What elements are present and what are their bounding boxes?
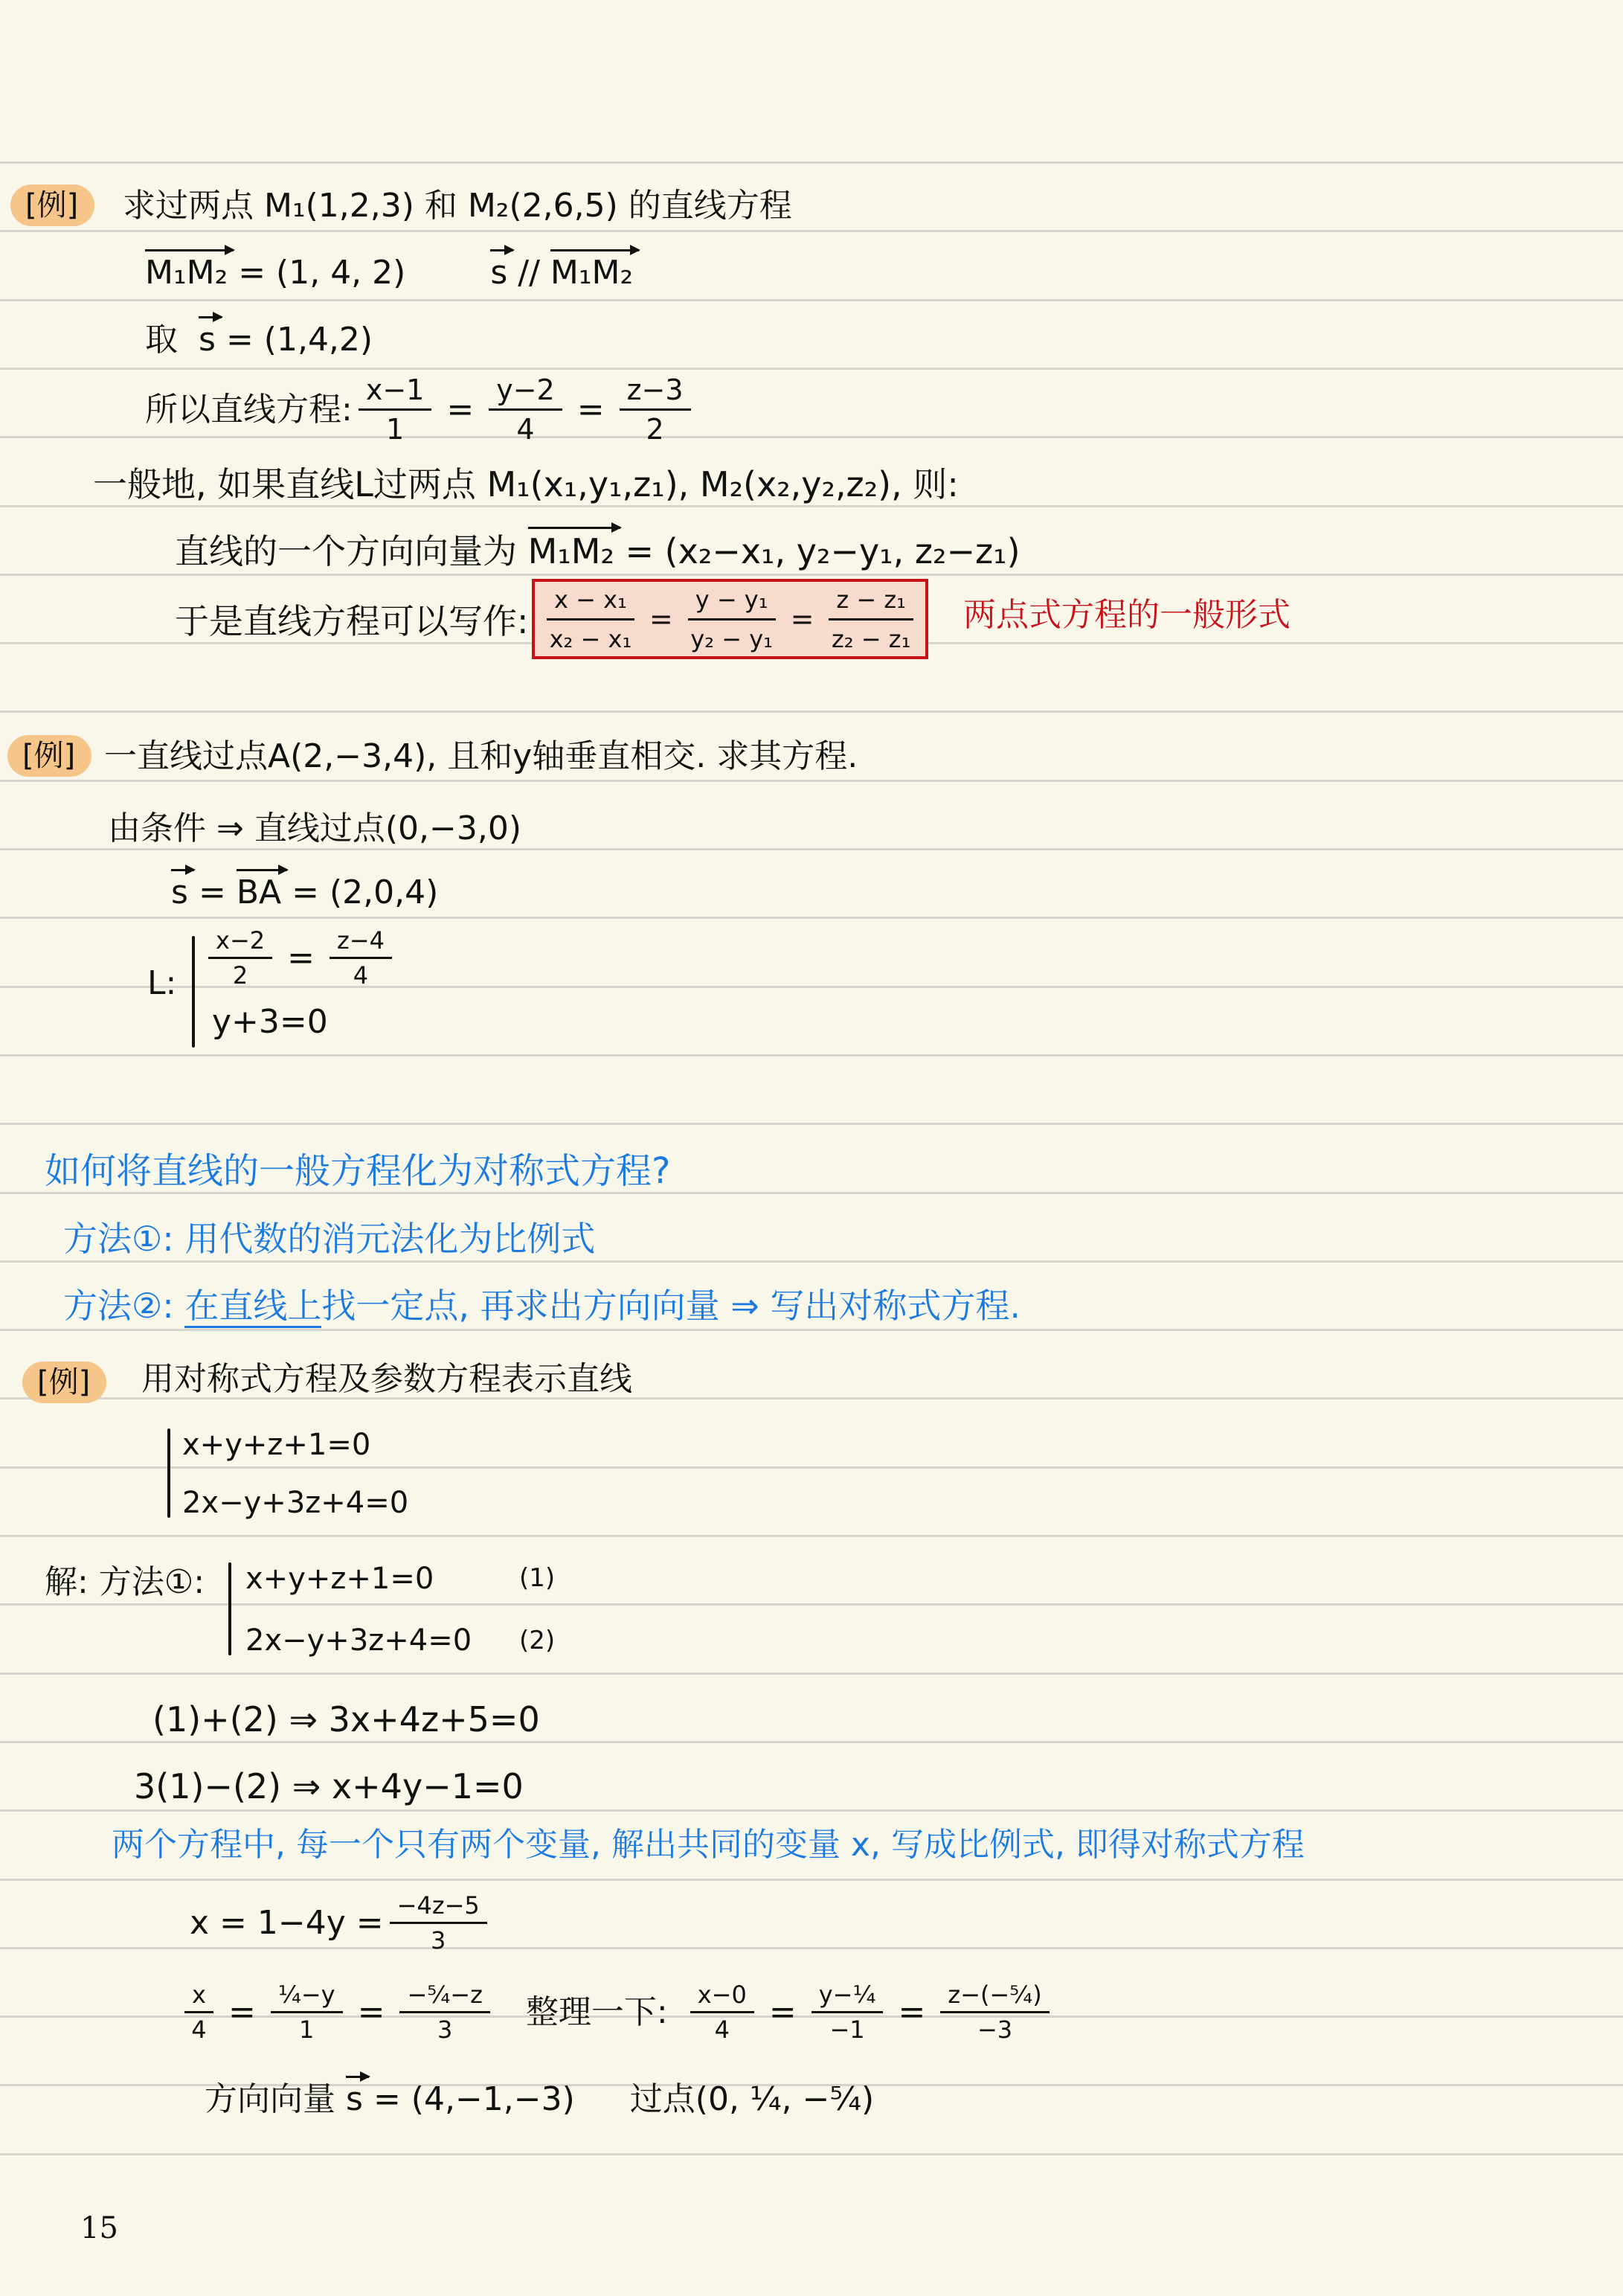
- fraction: x−11: [359, 376, 432, 443]
- ruled-line: [0, 1466, 1623, 1469]
- equation-label-2: (2): [519, 1628, 555, 1653]
- fraction: ¼−y1: [271, 1983, 343, 2042]
- system-line-1: x−22 = z−44: [202, 929, 398, 987]
- combination-2: 3(1)−(2) ⇒ x+4y−1=0: [134, 1769, 524, 1803]
- system-brace: [167, 1428, 170, 1518]
- direction-and-point: 方向向量 s = (4,−1,−3) 过点(0, ¼, −⁵⁄₄): [205, 2083, 874, 2116]
- ruled-line: [0, 1054, 1623, 1056]
- howto-question: 如何将直线的一般方程化为对称式方程?: [45, 1153, 670, 1189]
- solve-system-line-2: 2x−y+3z+4=0: [245, 1626, 472, 1655]
- ruled-line: [0, 2153, 1623, 2155]
- equals: =: [199, 873, 226, 911]
- page-number: 15: [80, 2211, 118, 2245]
- equals: =: [649, 603, 673, 635]
- fraction: x−22: [208, 929, 272, 987]
- example3-title: 用对称式方程及参数方程表示直线: [141, 1363, 632, 1396]
- ruled-line: [0, 1879, 1623, 1881]
- howto-method1: 方法①: 用代数的消元法化为比例式: [63, 1222, 595, 1256]
- equals: =: [287, 942, 315, 975]
- howto-method2: 方法②: 在直线上找一定点, 再求出方向向量 ⇒ 写出对称式方程.: [63, 1289, 1021, 1323]
- vector-m1m2: M₁M₂: [145, 257, 228, 289]
- ruled-line: [0, 1192, 1623, 1194]
- fraction: y − y₁y₂ − y₁: [688, 586, 776, 653]
- equals: =: [228, 1996, 256, 2029]
- ruled-line: [0, 1329, 1623, 1331]
- direction-label: 方向向量: [205, 2080, 335, 2118]
- fraction: −4z−53: [390, 1893, 487, 1952]
- vector-ba: BA: [237, 876, 281, 909]
- example1-step3: 所以直线方程: x−11 = y−24 = z−32: [145, 376, 697, 443]
- given-system-line-2: 2x−y+3z+4=0: [182, 1488, 408, 1518]
- ruled-line: [0, 1535, 1623, 1537]
- example1-title: 求过两点 M₁(1,2,3) 和 M₂(2,6,5) 的直线方程: [123, 190, 792, 222]
- equals: =: [769, 1996, 797, 2029]
- example2-title: 一直线过点A(2,−3,4), 且和y轴垂直相交. 求其方程.: [104, 740, 858, 773]
- example-tag: [例]: [7, 735, 91, 777]
- example2-step1: 由条件 ⇒ 直线过点(0,−3,0): [108, 812, 521, 845]
- ruled-line: [0, 1809, 1623, 1812]
- vector-value: = (1,4,2): [226, 321, 373, 359]
- fraction: z−32: [620, 376, 691, 443]
- example-tag: [例]: [10, 185, 94, 226]
- example1-step1: M₁M₂ = (1, 4, 2) s // M₁M₂: [145, 257, 633, 289]
- fraction: y−¼−1: [811, 1983, 884, 2042]
- method2-label: 方法②:: [63, 1286, 174, 1326]
- solve-system-line-1: x+y+z+1=0: [245, 1564, 434, 1594]
- ruled-line: [0, 1123, 1623, 1125]
- ruled-line: [0, 780, 1623, 782]
- x-expression: x = 1−4y = −4z−53: [190, 1893, 493, 1952]
- ruled-line: [0, 230, 1623, 232]
- vector-value: = (2,0,4): [292, 873, 438, 911]
- direction-value: = (x₂−x₁, y₂−y₁, z₂−z₁): [626, 531, 1021, 571]
- fraction: y−24: [489, 376, 562, 443]
- vector-m1m2: M₁M₂: [528, 534, 614, 568]
- equals: =: [446, 394, 474, 426]
- two-point-form-box: x − x₁x₂ − x₁ = y − y₁y₂ − y₁ = z − z₁z₂…: [532, 579, 928, 659]
- direction-vector-line: 直线的一个方向向量为 M₁M₂ = (x₂−x₁, y₂−y₁, z₂−z₁): [175, 534, 1021, 568]
- fraction: −⁵⁄₄−z3: [399, 1983, 489, 2042]
- general-intro: 一般地, 如果直线L过两点 M₁(x₁,y₁,z₁), M₂(x₂,y₂,z₂)…: [93, 467, 959, 501]
- x-expression-prefix: x = 1−4y =: [190, 1907, 384, 1940]
- vector-s: s: [171, 876, 188, 909]
- given-system-line-1: x+y+z+1=0: [182, 1430, 370, 1460]
- parallel-symbol: //: [518, 254, 540, 292]
- fraction: z−(−⁵⁄₄)−3: [940, 1983, 1049, 2042]
- ratio-equation: x4 = ¼−y1 = −⁵⁄₄−z3 整理一下: x−04 = y−¼−1 =…: [179, 1983, 1055, 2042]
- combination-1: (1)+(2) ⇒ 3x+4z+5=0: [152, 1702, 540, 1737]
- annotation-two-point-form: 两点式方程的一般形式: [963, 599, 1291, 632]
- example-tag: [例]: [22, 1362, 106, 1403]
- equals: =: [358, 1996, 385, 2029]
- solution-label: 解: 方法①:: [45, 1566, 205, 1599]
- example1-step2: 取 s = (1,4,2): [145, 324, 373, 356]
- ruled-line: [0, 505, 1623, 507]
- system-brace: [228, 1562, 231, 1655]
- fraction: x−04: [690, 1983, 754, 2042]
- example2-step2: s = BA = (2,0,4): [171, 876, 438, 909]
- equation-label-1: (1): [519, 1565, 555, 1591]
- ruled-line: [0, 1603, 1623, 1606]
- equals: =: [791, 603, 814, 635]
- equation-label: 所以直线方程:: [145, 394, 353, 426]
- ruled-line: [0, 848, 1623, 850]
- ruled-line: [0, 161, 1623, 164]
- equals: =: [577, 394, 605, 426]
- vector-s: s: [199, 324, 216, 356]
- fraction: z − z₁z₂ − z₁: [829, 586, 913, 653]
- vector-value: = (1, 4, 2): [238, 254, 405, 292]
- fraction: z−44: [330, 929, 392, 987]
- fraction: x − x₁x₂ − x₁: [547, 586, 634, 653]
- ruled-line: [0, 1673, 1623, 1675]
- ruled-line: [0, 1741, 1623, 1743]
- fraction: x4: [184, 1983, 213, 2042]
- system-line-2: y+3=0: [212, 1006, 328, 1039]
- two-point-form-label: 于是直线方程可以写作:: [175, 604, 529, 638]
- ruled-line: [0, 299, 1623, 301]
- ruled-line: [0, 1260, 1623, 1263]
- tidy-label: 整理一下:: [526, 1996, 668, 2029]
- line-label: L:: [147, 967, 176, 1000]
- take-label: 取: [145, 321, 178, 359]
- direction-label: 直线的一个方向向量为: [175, 531, 517, 571]
- ruled-line: [0, 917, 1623, 919]
- solution-note: 两个方程中, 每一个只有两个变量, 解出共同的变量 x, 写成比例式, 即得对称…: [112, 1829, 1305, 1862]
- ruled-line: [0, 711, 1623, 713]
- equals: =: [898, 1996, 925, 2029]
- vector-s: s: [490, 257, 507, 289]
- method2-underlined: 在直线上: [184, 1286, 321, 1328]
- method2-text: 找一定点, 再求出方向向量 ⇒ 写出对称式方程.: [321, 1286, 1021, 1326]
- ruled-line: [0, 368, 1623, 370]
- system-brace: [192, 936, 195, 1048]
- vector-m1m2: M₁M₂: [550, 257, 633, 289]
- vector-s: s: [346, 2083, 363, 2116]
- point-on-line: 过点(0, ¼, −⁵⁄₄): [630, 2080, 874, 2118]
- direction-value: = (4,−1,−3): [373, 2080, 575, 2118]
- ruled-line: [0, 574, 1623, 576]
